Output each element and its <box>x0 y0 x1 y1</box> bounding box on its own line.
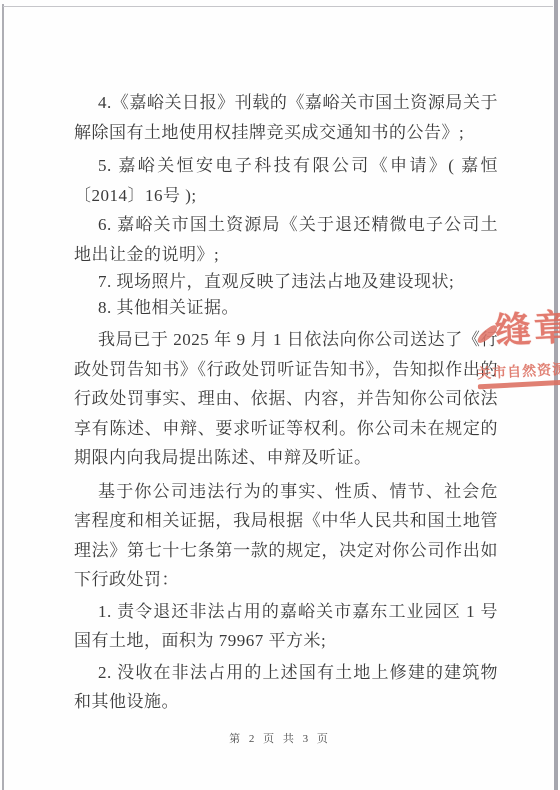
evidence-item-6: 6. 嘉峪关市国土资源局《关于退还精微电子公司土地出让金的说明》; <box>74 210 498 269</box>
paragraph-decision-basis: 基于你公司违法行为的事实、性质、情节、社会危害程度和相关证据，我局根据《中华人民… <box>74 477 498 595</box>
penalty-item-1: 1. 责令退还非法占用的嘉峪关市嘉东工业园区 1 号国有土地，面积为 79967… <box>74 597 498 656</box>
page-edge-top <box>3 6 553 7</box>
evidence-item-7: 7. 现场照片，直观反映了违法占地及建设现状; <box>74 269 498 295</box>
paragraph-notification: 我局已于 2025 年 9 月 1 日依法向你公司送达了《行政处罚告知书》《行政… <box>74 325 498 473</box>
seal-large-text: 缝章 <box>494 309 560 349</box>
page-edge-left <box>2 4 4 790</box>
scanned-document-page: 4.《嘉峪关日报》刊载的《嘉峪关市国土资源局关于解除国有土地使用权挂牌竞买成交通… <box>0 0 560 790</box>
evidence-item-8: 8. 其他相关证据。 <box>74 295 498 321</box>
page-edge-right <box>554 0 558 790</box>
evidence-item-4: 4.《嘉峪关日报》刊载的《嘉峪关市国土资源局关于解除国有土地使用权挂牌竞买成交通… <box>74 88 498 147</box>
page-number: 第 2 页 共 3 页 <box>0 730 560 746</box>
document-body: 4.《嘉峪关日报》刊载的《嘉峪关市国土资源局关于解除国有土地使用权挂牌竞买成交通… <box>74 88 498 717</box>
evidence-item-5: 5. 嘉峪关恒安电子科技有限公司《申请》( 嘉恒〔2014〕16号 ); <box>74 151 498 210</box>
penalty-item-2: 2. 没收在非法占用的上述国有土地上修建的建筑物和其他设施。 <box>74 658 498 717</box>
